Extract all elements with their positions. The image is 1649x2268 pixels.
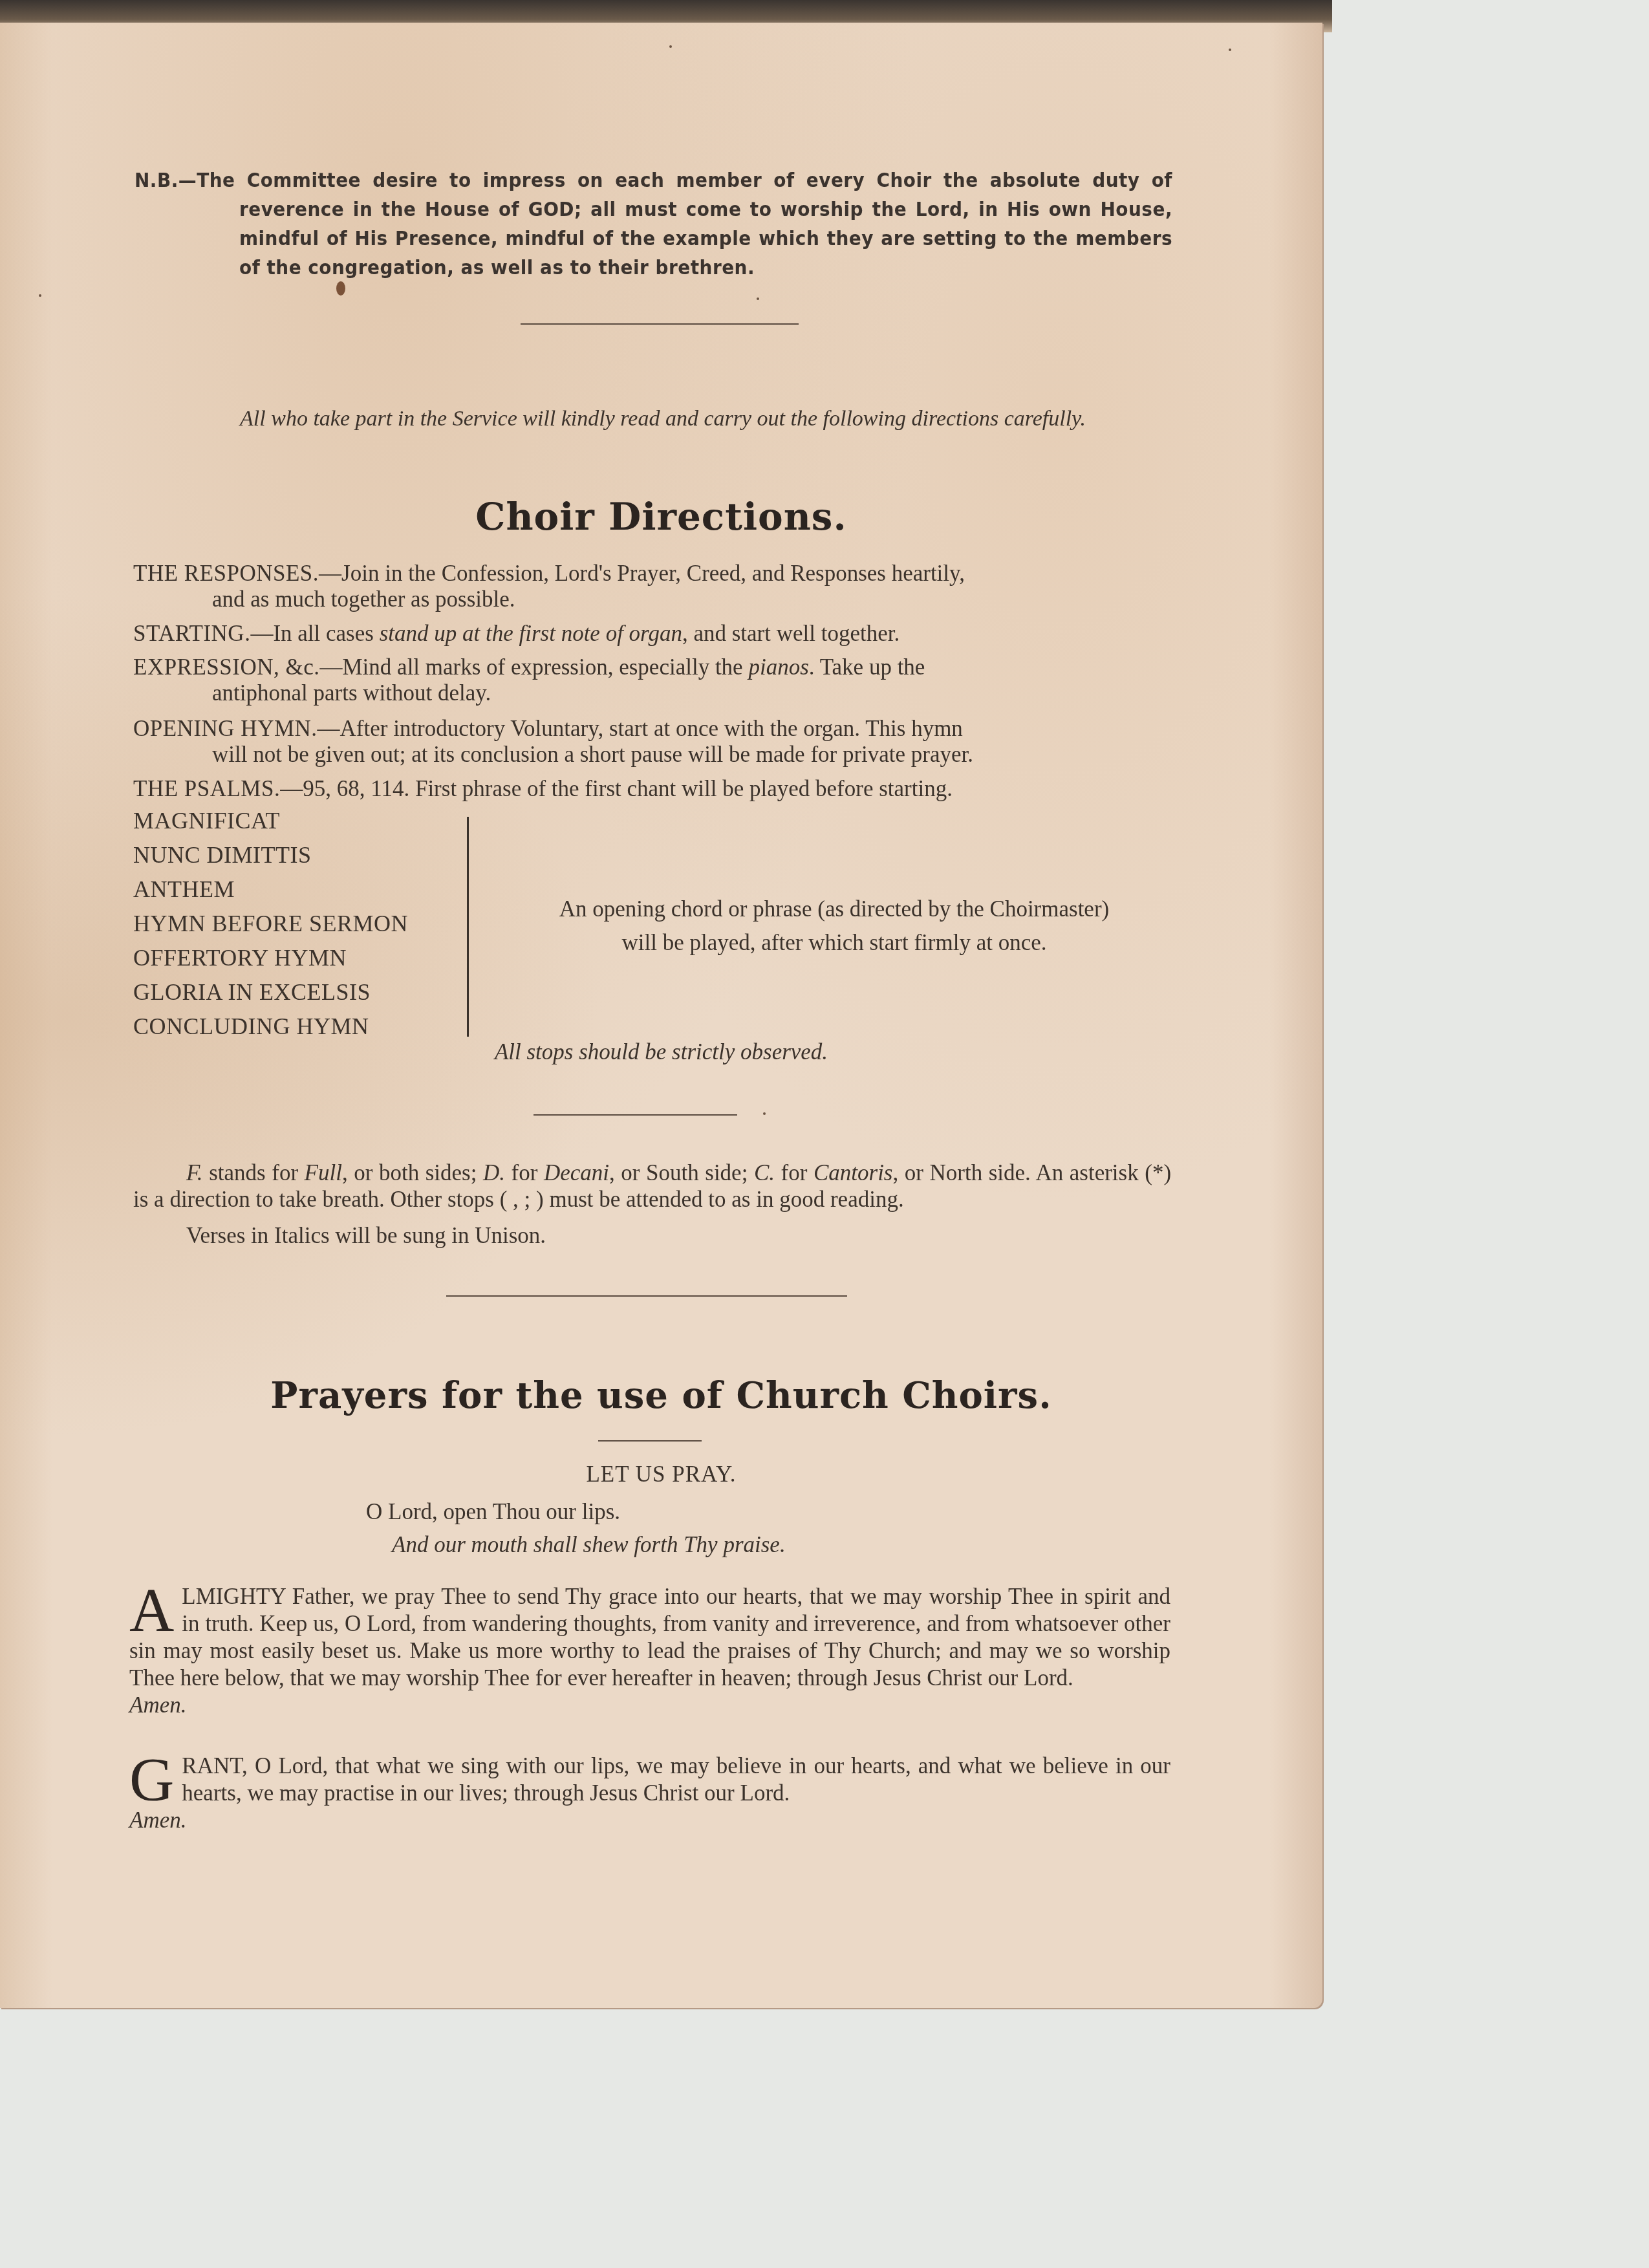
brace-icon [467, 817, 478, 1037]
direction-starting: STARTING.—In all cases stand up at the f… [133, 621, 1171, 647]
direction-continuation: and as much together as possible. [133, 587, 1171, 612]
direction-text: , and start well together. [682, 621, 900, 646]
divider-rule [598, 1440, 702, 1442]
divider-rule [446, 1295, 847, 1297]
direction-expression: EXPRESSION, &c.—Mind all marks of expres… [133, 654, 1171, 706]
notation-legend: F. stands for Full, or both sides; D. fo… [133, 1160, 1171, 1249]
service-parts-note-line: An opening chord or phrase (as directed … [491, 892, 1177, 926]
legend-text: for [505, 1160, 544, 1185]
service-part: NUNC DIMITTIS [133, 838, 408, 872]
legend-term: Cantoris [814, 1160, 893, 1185]
direction-text: —Mind all marks of expression, especiall… [320, 654, 749, 680]
prayer-grant: GRANT, O Lord, that what we sing with ou… [129, 1753, 1170, 1834]
prayer-text: LMIGHTY Father, we pray Thee to send Thy… [129, 1584, 1170, 1690]
let-us-pray: LET US PRAY. [0, 1462, 1322, 1487]
direction-label: EXPRESSION, &c. [133, 654, 320, 680]
direction-text: —95, 68, 114. First phrase of the first … [280, 776, 953, 801]
legend-text: , or South side; [609, 1160, 754, 1185]
legend-paragraph: F. stands for Full, or both sides; D. fo… [133, 1160, 1171, 1213]
legend-text: stands for [203, 1160, 305, 1185]
choir-directions-heading: Choir Directions. [0, 495, 1322, 539]
service-part: HYMN BEFORE SERMON [133, 907, 408, 941]
divider-rule [533, 1114, 737, 1116]
service-part: OFFERTORY HYMN [133, 941, 408, 975]
direction-text: —In all cases [250, 621, 379, 646]
legend-abbr: D. [483, 1160, 505, 1185]
drop-cap: A [129, 1584, 174, 1636]
prayer-almighty: ALMIGHTY Father, we pray Thee to send Th… [129, 1583, 1170, 1719]
service-part: MAGNIFICAT [133, 804, 408, 838]
drop-cap: G [129, 1754, 174, 1806]
service-part: GLORIA IN EXCELSIS [133, 975, 408, 1010]
divider-rule [521, 323, 799, 325]
prayer-text: RANT, O Lord, that what we sing with our… [182, 1753, 1170, 1806]
direction-text: —Join in the Confession, Lord's Prayer, … [319, 561, 965, 586]
scanned-page: N.B.—The Committee desire to impress on … [0, 23, 1322, 2008]
service-parts-list: MAGNIFICAT NUNC DIMITTIS ANTHEM HYMN BEF… [133, 804, 408, 1044]
direction-label: OPENING HYMN. [133, 716, 318, 741]
direction-opening-hymn: OPENING HYMN.—After introductory Volunta… [133, 716, 1171, 768]
committee-notice-text: N.B.—The Committee desire to impress on … [135, 166, 1172, 283]
legend-term: Decani [544, 1160, 609, 1185]
italics-note: Verses in Italics will be sung in Unison… [133, 1222, 1171, 1249]
direction-text: —After introductory Voluntary, start at … [318, 716, 963, 741]
direction-emphasis: stand up at the first note of organ [380, 621, 682, 646]
direction-responses: THE RESPONSES.—Join in the Confession, L… [133, 561, 1171, 612]
legend-text: for [775, 1160, 814, 1185]
service-part: ANTHEM [133, 872, 408, 907]
prayers-heading: Prayers for the use of Church Choirs. [0, 1374, 1322, 1417]
direction-psalms: THE PSALMS.—95, 68, 114. First phrase of… [133, 776, 1171, 802]
service-parts-note-line: will be played, after which start firmly… [491, 926, 1177, 960]
amen: Amen. [129, 1807, 1170, 1834]
amen: Amen. [129, 1692, 1170, 1719]
intro-instruction: All who take part in the Service will ki… [149, 405, 1177, 433]
response: And our mouth shall shew forth Thy prais… [392, 1532, 786, 1558]
committee-notice: N.B.—The Committee desire to impress on … [135, 166, 1172, 283]
direction-label: THE PSALMS. [133, 776, 280, 801]
direction-text: . Take up the [809, 654, 925, 680]
versicle: O Lord, open Thou our lips. [366, 1499, 620, 1525]
direction-continuation: antiphonal parts without delay. [133, 680, 1171, 706]
stops-note: All stops should be strictly observed. [0, 1039, 1322, 1065]
legend-abbr: F. [186, 1160, 203, 1185]
legend-term: Full [305, 1160, 342, 1185]
direction-label: THE RESPONSES. [133, 561, 319, 586]
service-parts-note: An opening chord or phrase (as directed … [491, 892, 1177, 960]
legend-abbr: C. [754, 1160, 775, 1185]
direction-continuation: will not be given out; at its conclusion… [133, 742, 1171, 768]
legend-text: , or both sides; [342, 1160, 483, 1185]
direction-label: STARTING. [133, 621, 250, 646]
direction-emphasis: pianos [748, 654, 808, 680]
